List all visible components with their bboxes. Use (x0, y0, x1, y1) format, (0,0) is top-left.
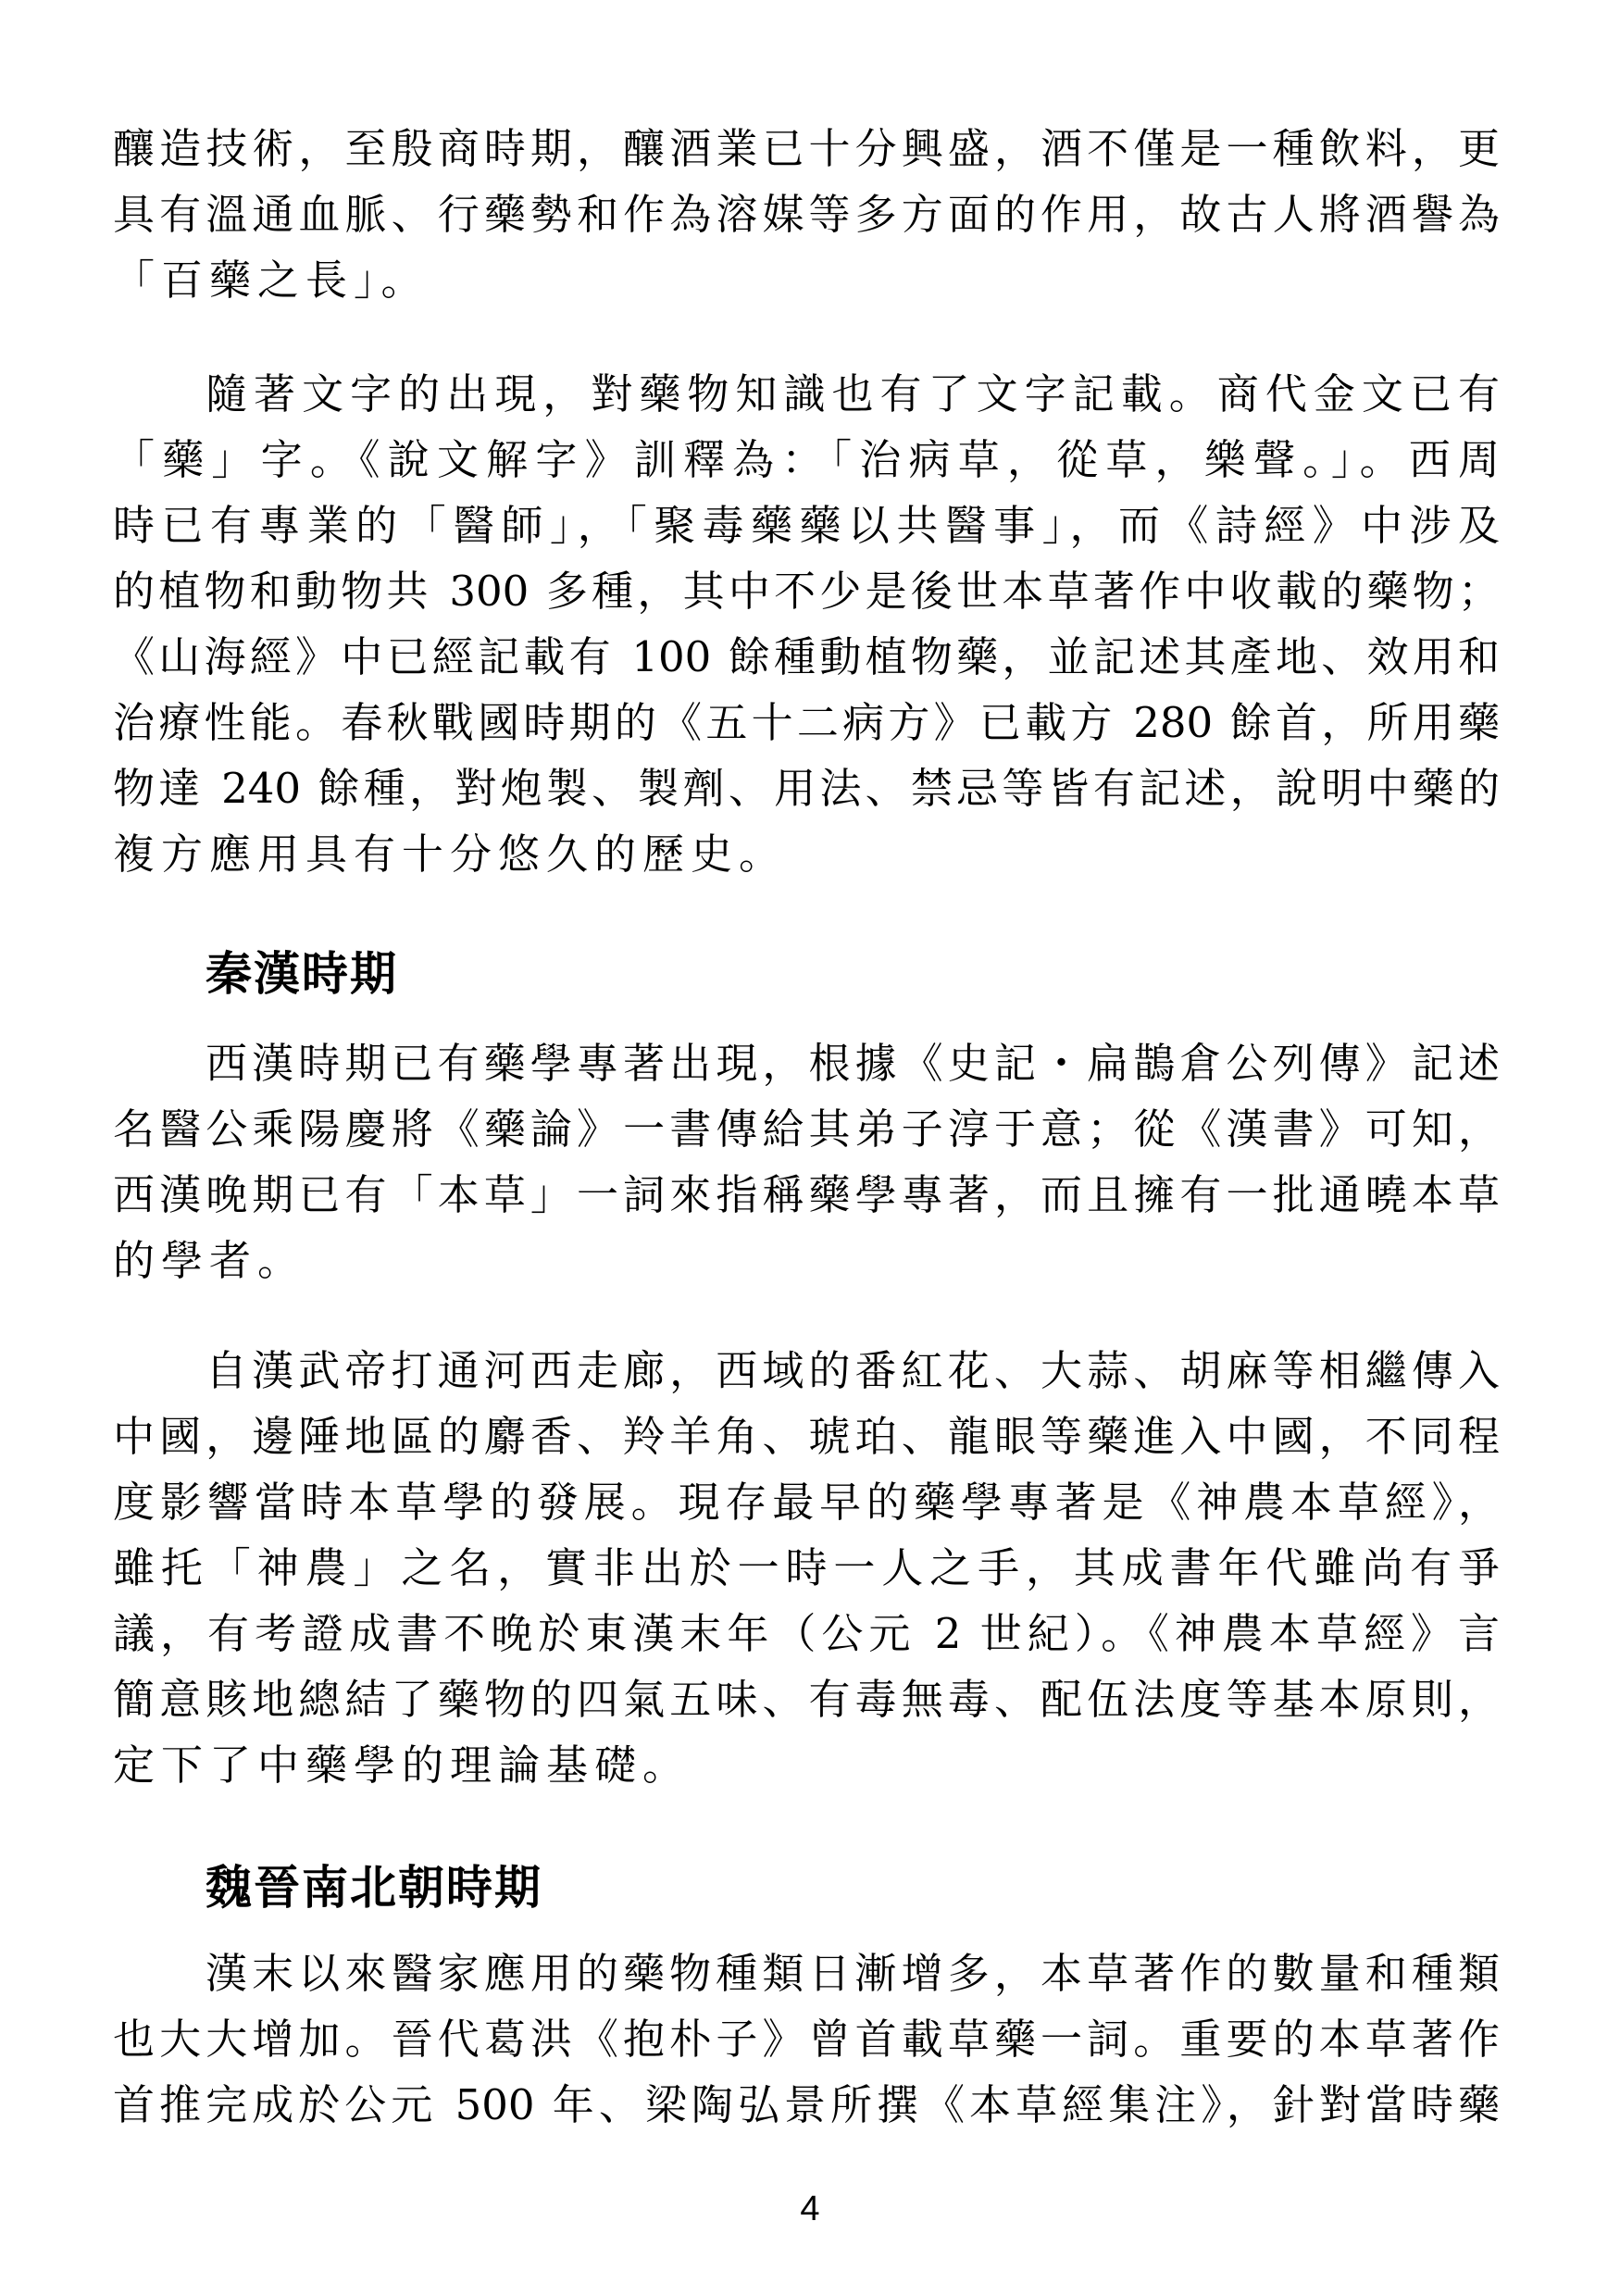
section-heading: 魏晉南北朝時期 (206, 1860, 542, 1915)
paragraph-line: 複方應用具有十分悠久的歷史。 (113, 831, 1500, 878)
paragraph-line: 雖托「神農」之名，實非出於一時一人之手，其成書年代雖尚有爭 (113, 1545, 1500, 1591)
paragraph-line: 名醫公乘陽慶將《藥論》一書傳給其弟子淳于意；從《漢書》可知， (113, 1106, 1500, 1153)
paragraph-line: 「百藥之長」。 (113, 257, 1500, 304)
paragraph-line: 的植物和動物共 300 多種，其中不少是後世本草著作中收載的藥物； (113, 568, 1500, 615)
paragraph-line: 時已有專業的「醫師」，「聚毒藥藥以共醫事」，而《詩經》中涉及 (113, 503, 1500, 549)
paragraph-line: 治療性能。春秋戰國時期的《五十二病方》已載方 280 餘首，所用藥 (113, 700, 1500, 746)
paragraph-line: 度影響當時本草學的發展。現存最早的藥學專著是《神農本草經》， (113, 1479, 1500, 1526)
paragraph-line: 「藥」字。《說文解字》訓釋為：「治病草，從草，樂聲。」。西周 (113, 437, 1500, 483)
paragraph-line: 隨著文字的出現，對藥物知識也有了文字記載。商代金文已有 (206, 371, 1500, 418)
paragraph-line: 也大大增加。晉代葛洪《抱朴子》曾首載草藥一詞。重要的本草著作 (113, 2016, 1500, 2063)
paragraph-line: 釀造技術，至殷商時期，釀酒業已十分興盛，酒不僅是一種飲料，更 (113, 126, 1500, 172)
paragraph-line: 西漢時期已有藥學專著出現，根據《史記・扁鵲倉公列傳》記述 (206, 1041, 1500, 1087)
paragraph-line: 議，有考證成書不晚於東漢末年（公元 2 世紀）。《神農本草經》言 (113, 1611, 1500, 1657)
paragraph-line: 首推完成於公元 500 年、梁陶弘景所撰《本草經集注》，針對當時藥 (113, 2082, 1500, 2128)
paragraph-line: 定下了中藥學的理論基礎。 (113, 1742, 1500, 1789)
document-page: 釀造技術，至殷商時期，釀酒業已十分興盛，酒不僅是一種飲料，更 具有溫通血脈、行藥… (0, 0, 1620, 2296)
paragraph-line: 的學者。 (113, 1238, 1500, 1284)
paragraph-line: 《山海經》中已經記載有 100 餘種動植物藥，並記述其產地、效用和 (113, 634, 1500, 680)
section-heading: 秦漢時期 (206, 946, 398, 1002)
paragraph-line: 簡意賅地總結了藥物的四氣五味、有毒無毒、配伍法度等基本原則， (113, 1677, 1500, 1723)
paragraph-line: 漢末以來醫家應用的藥物種類日漸增多，本草著作的數量和種類 (206, 1951, 1500, 1997)
paragraph-line: 具有溫通血脈、行藥勢和作為溶媒等多方面的作用，故古人將酒譽為 (113, 192, 1500, 238)
paragraph-line: 自漢武帝打通河西走廊，西域的番紅花、大蒜、胡麻等相繼傳入 (206, 1348, 1500, 1394)
paragraph-line: 中國，邊陲地區的麝香、羚羊角、琥珀、龍眼等藥進入中國，不同程 (113, 1414, 1500, 1460)
paragraph-line: 西漢晚期已有「本草」一詞來指稱藥學專著，而且擁有一批通曉本草 (113, 1172, 1500, 1218)
page-number: 4 (0, 2190, 1620, 2227)
paragraph-line: 物達 240 餘種，對炮製、製劑、用法、禁忌等皆有記述，說明中藥的 (113, 766, 1500, 812)
